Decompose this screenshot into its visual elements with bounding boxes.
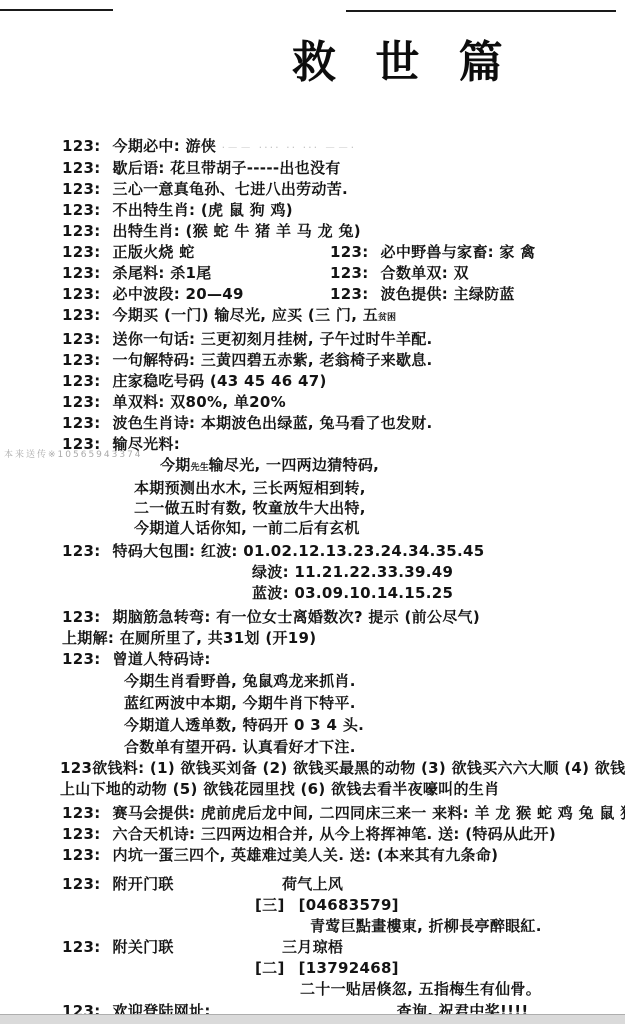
couplet-close-row: 123:附关门联 三月琼梧 <box>62 937 619 958</box>
text-line: 123:曾道人特码诗: <box>62 649 619 670</box>
poem-line: 今期道人透单数, 特码开 0 3 4 头. <box>124 714 619 736</box>
line-prefix: 123: <box>330 243 369 261</box>
line-prefix: 123: <box>62 804 101 822</box>
line-text: 今期买 (一门) 输尽光, 应买 (三 门, 五 <box>113 306 379 324</box>
text-line: 上期解: 在厕所里了, 共31划 (开19) <box>62 628 619 649</box>
line-prefix: 123: <box>62 435 101 453</box>
right-cell: 123:波色提供: 主绿防蓝 <box>330 284 515 305</box>
right-cell: 123:合数单双: 双 <box>330 263 469 284</box>
line-text: 庄家稳吃号码 (43 45 46 47) <box>113 372 327 390</box>
text-line: 123:三心一意真龟孙、七进八出劳动苦. <box>62 179 619 200</box>
couplet-verse: 青莺巨點畫樓東, 折柳長亭醉眼紅. <box>310 916 619 937</box>
line-text: 期脑筋急转弯: 有一位女士离婚数次? 提示 (前公尽气) <box>113 608 480 626</box>
text-line: 123:赛马会提供: 虎前虎后龙中间, 二四同床三来一 来料: 羊 龙 猴 蛇 … <box>62 803 619 824</box>
left-cell: 123:必中波段: 20—49 <box>62 284 330 305</box>
line-text: 内坑一蛋三四个, 英雄难过美人关. 送: (本来其有九条命) <box>113 846 499 864</box>
poem-line: 今期先生输尽光, 一四两边猜特码, <box>160 455 619 478</box>
line-text: 输尽光料: <box>113 435 181 453</box>
line-prefix: 123: <box>62 201 101 219</box>
text-line: 上山下地的动物 (5) 欲钱花园里找 (6) 欲钱去看半夜嚎叫的生肖 <box>60 779 619 800</box>
line-text: 杀尾料: 杀1尾 <box>113 264 212 282</box>
text-line-two-col: 123:必中波段: 20—49 123:波色提供: 主绿防蓝 <box>62 284 619 305</box>
line-prefix: 123: <box>62 825 101 843</box>
line-prefix: 123: <box>62 159 101 177</box>
line-text: 必中野兽与家畜: 家 禽 <box>381 243 536 261</box>
line-prefix: 123: <box>62 542 101 560</box>
line-text: 歇后语: 花旦带胡子-----出也没有 <box>113 159 341 177</box>
page-title: 救 世 篇 <box>292 26 515 90</box>
line-text: 正版火烧 蛇 <box>113 243 195 261</box>
line-text: 单双料: 双80%, 单20% <box>113 393 286 411</box>
text-line: 123:今期必中: 游侠 ·－－ ···· ·· ··· －－· <box>62 136 619 158</box>
line-text: 三心一意真龟孙、七进八出劳动苦. <box>113 180 349 198</box>
couplet-label: 123:附开门联 <box>62 874 282 895</box>
text-line: 123:输尽光料: <box>62 434 619 455</box>
text-line: 123:六合天机诗: 三四两边相合并, 从今上将挥神笔. 送: (特码从此开) <box>62 824 619 845</box>
line-text: 特码大包围: 红波: 01.02.12.13.23.24.34.35.45 <box>113 542 485 560</box>
line-prefix: 123: <box>62 372 101 390</box>
text-line: 123:送你一句话: 三更初刻月挂树, 子午过时牛羊配. <box>62 329 619 350</box>
text-line: 123:波色生肖诗: 本期波色出绿蓝, 兔马看了也发财. <box>62 413 619 434</box>
line-prefix: 123: <box>62 414 101 432</box>
line-text: 必中波段: 20—49 <box>113 285 244 303</box>
text-line: 123:一句解特码: 三黄四碧五赤紫, 老翁椅子来歇息. <box>62 350 619 371</box>
line-prefix: 123: <box>62 650 101 668</box>
top-rule-left <box>0 9 113 11</box>
line-prefix: 123: <box>330 264 369 282</box>
poem-line: 二一做五时有数, 牧童放牛大出特, <box>134 498 619 518</box>
poem-line: 蓝红两波中本期, 今期牛肖下特平. <box>124 692 619 714</box>
couplet-bracket: [三] <box>255 896 285 914</box>
text-line: 123:歇后语: 花旦带胡子-----出也没有 <box>62 158 619 179</box>
poem-text: 今期 <box>160 456 191 474</box>
text-line-two-col: 123:杀尾料: 杀1尾 123:合数单双: 双 <box>62 263 619 284</box>
line-text: 合数单双: 双 <box>381 264 469 282</box>
line-prefix: 123: <box>62 180 101 198</box>
line-prefix: 123: <box>330 285 369 303</box>
line-text: 不出特生肖: (虎 鼠 狗 鸡) <box>113 201 293 219</box>
couplet-heading: 三月琼梧 <box>282 937 343 958</box>
left-cell: 123:杀尾料: 杀1尾 <box>62 263 330 284</box>
text-line: 123:单双料: 双80%, 单20% <box>62 392 619 413</box>
line-text: 赛马会提供: 虎前虎后龙中间, 二四同床三来一 来料: 羊 龙 猴 蛇 鸡 兔 … <box>113 804 625 822</box>
line-text: 送你一句话: 三更初刻月挂树, 子午过时牛羊配. <box>113 330 433 348</box>
couplet-number-line: [二][13792468] <box>255 958 619 979</box>
poem-line: 今期生肖看野兽, 兔鼠鸡龙来抓肖. <box>124 670 619 692</box>
line-prefix: 123: <box>62 243 101 261</box>
bottom-scan-bar <box>0 1014 625 1024</box>
text-line: 123:今期买 (一门) 输尽光, 应买 (三 门, 五贫困 <box>62 305 619 329</box>
line-text: 曾道人特码诗: <box>113 650 211 668</box>
line-prefix: 123: <box>62 285 101 303</box>
couplet-numbers: [04683579] <box>299 896 399 914</box>
text-line: 123:庄家稳吃号码 (43 45 46 47) <box>62 371 619 392</box>
line-prefix: 123: <box>62 875 101 893</box>
line-prefix: 123: <box>62 306 101 324</box>
line-text: 一句解特码: 三黄四碧五赤紫, 老翁椅子来歇息. <box>113 351 433 369</box>
couplet-number-line: [三][04683579] <box>255 895 619 916</box>
line-prefix: 123: <box>62 264 101 282</box>
text-line: 123欲钱料: (1) 欲钱买刘备 (2) 欲钱买最黑的动物 (3) 欲钱买六六… <box>60 758 619 779</box>
poem-line: 今期道人话你知, 一前二后有玄机 <box>134 518 619 538</box>
line-text: 附开门联 <box>113 875 174 893</box>
poem-shujinguang: 今期先生输尽光, 一四两边猜特码, 本期预测出水木, 三长两短相到转, 二一做五… <box>134 455 619 538</box>
poem-line: 本期预测出水木, 三长两短相到转, <box>134 478 619 498</box>
couplet-numbers: [13792468] <box>299 959 399 977</box>
small-annotation: 贫困 <box>378 313 396 323</box>
text-line: 绿波: 11.21.22.33.39.49 <box>252 562 619 583</box>
line-text: 附关门联 <box>113 938 174 956</box>
text-line: 123:出特生肖: (猴 蛇 牛 猪 羊 马 龙 兔) <box>62 221 619 242</box>
right-cell: 123:必中野兽与家畜: 家 禽 <box>330 242 536 263</box>
line-prefix: 123: <box>62 846 101 864</box>
line-text: 波色提供: 主绿防蓝 <box>381 285 515 303</box>
text-line: 123:不出特生肖: (虎 鼠 狗 鸡) <box>62 200 619 221</box>
line-prefix: 123: <box>62 351 101 369</box>
small-annotation: 先生 <box>191 463 209 473</box>
text-line: 123:特码大包围: 红波: 01.02.12.13.23.24.34.35.4… <box>62 541 619 562</box>
line-prefix: 123: <box>62 222 101 240</box>
scanned-lottery-sheet: 救 世 篇 本来送传※10565943374 123:今期必中: 游侠 ·－－ … <box>0 0 625 1024</box>
document-body: 123:今期必中: 游侠 ·－－ ···· ·· ··· －－· 123:歇后语… <box>62 136 619 1022</box>
couplet-bracket: [二] <box>255 959 285 977</box>
line-prefix: 123: <box>62 137 101 155</box>
line-text: 六合天机诗: 三四两边相合并, 从今上将挥神笔. 送: (特码从此开) <box>113 825 557 843</box>
text-line: 123:内坑一蛋三四个, 英雄难过美人关. 送: (本来其有九条命) <box>62 845 619 866</box>
line-text: 今期必中: 游侠 <box>113 137 217 155</box>
line-prefix: 123: <box>62 393 101 411</box>
couplet-verse: 二十一贴居倏忽, 五指梅生有仙骨。 <box>300 979 619 1000</box>
poem-line: 合数单有望开码. 认真看好才下注. <box>124 736 619 758</box>
text-line: 123:期脑筋急转弯: 有一位女士离婚数次? 提示 (前公尽气) <box>62 607 619 628</box>
couplet-label: 123:附关门联 <box>62 937 282 958</box>
line-text: 出特生肖: (猴 蛇 牛 猪 羊 马 龙 兔) <box>113 222 361 240</box>
scan-noise-dashes: ·－－ ···· ·· ··· －－· <box>222 141 356 154</box>
text-line-two-col: 123:正版火烧 蛇 123:必中野兽与家畜: 家 禽 <box>62 242 619 263</box>
poem-text: 输尽光, 一四两边猜特码, <box>209 456 380 474</box>
line-text: 波色生肖诗: 本期波色出绿蓝, 兔马看了也发财. <box>113 414 433 432</box>
poem-zengdaoren: 今期生肖看野兽, 兔鼠鸡龙来抓肖. 蓝红两波中本期, 今期牛肖下特平. 今期道人… <box>124 670 619 758</box>
text-line: 蓝波: 03.09.10.14.15.25 <box>252 583 619 604</box>
couplet-heading: 荷气上风 <box>282 874 343 895</box>
couplet-open-row: 123:附开门联 荷气上风 <box>62 874 619 895</box>
line-prefix: 123: <box>62 330 101 348</box>
line-prefix: 123: <box>62 608 101 626</box>
top-rule-right <box>346 10 616 12</box>
line-prefix: 123: <box>62 938 101 956</box>
left-cell: 123:正版火烧 蛇 <box>62 242 330 263</box>
